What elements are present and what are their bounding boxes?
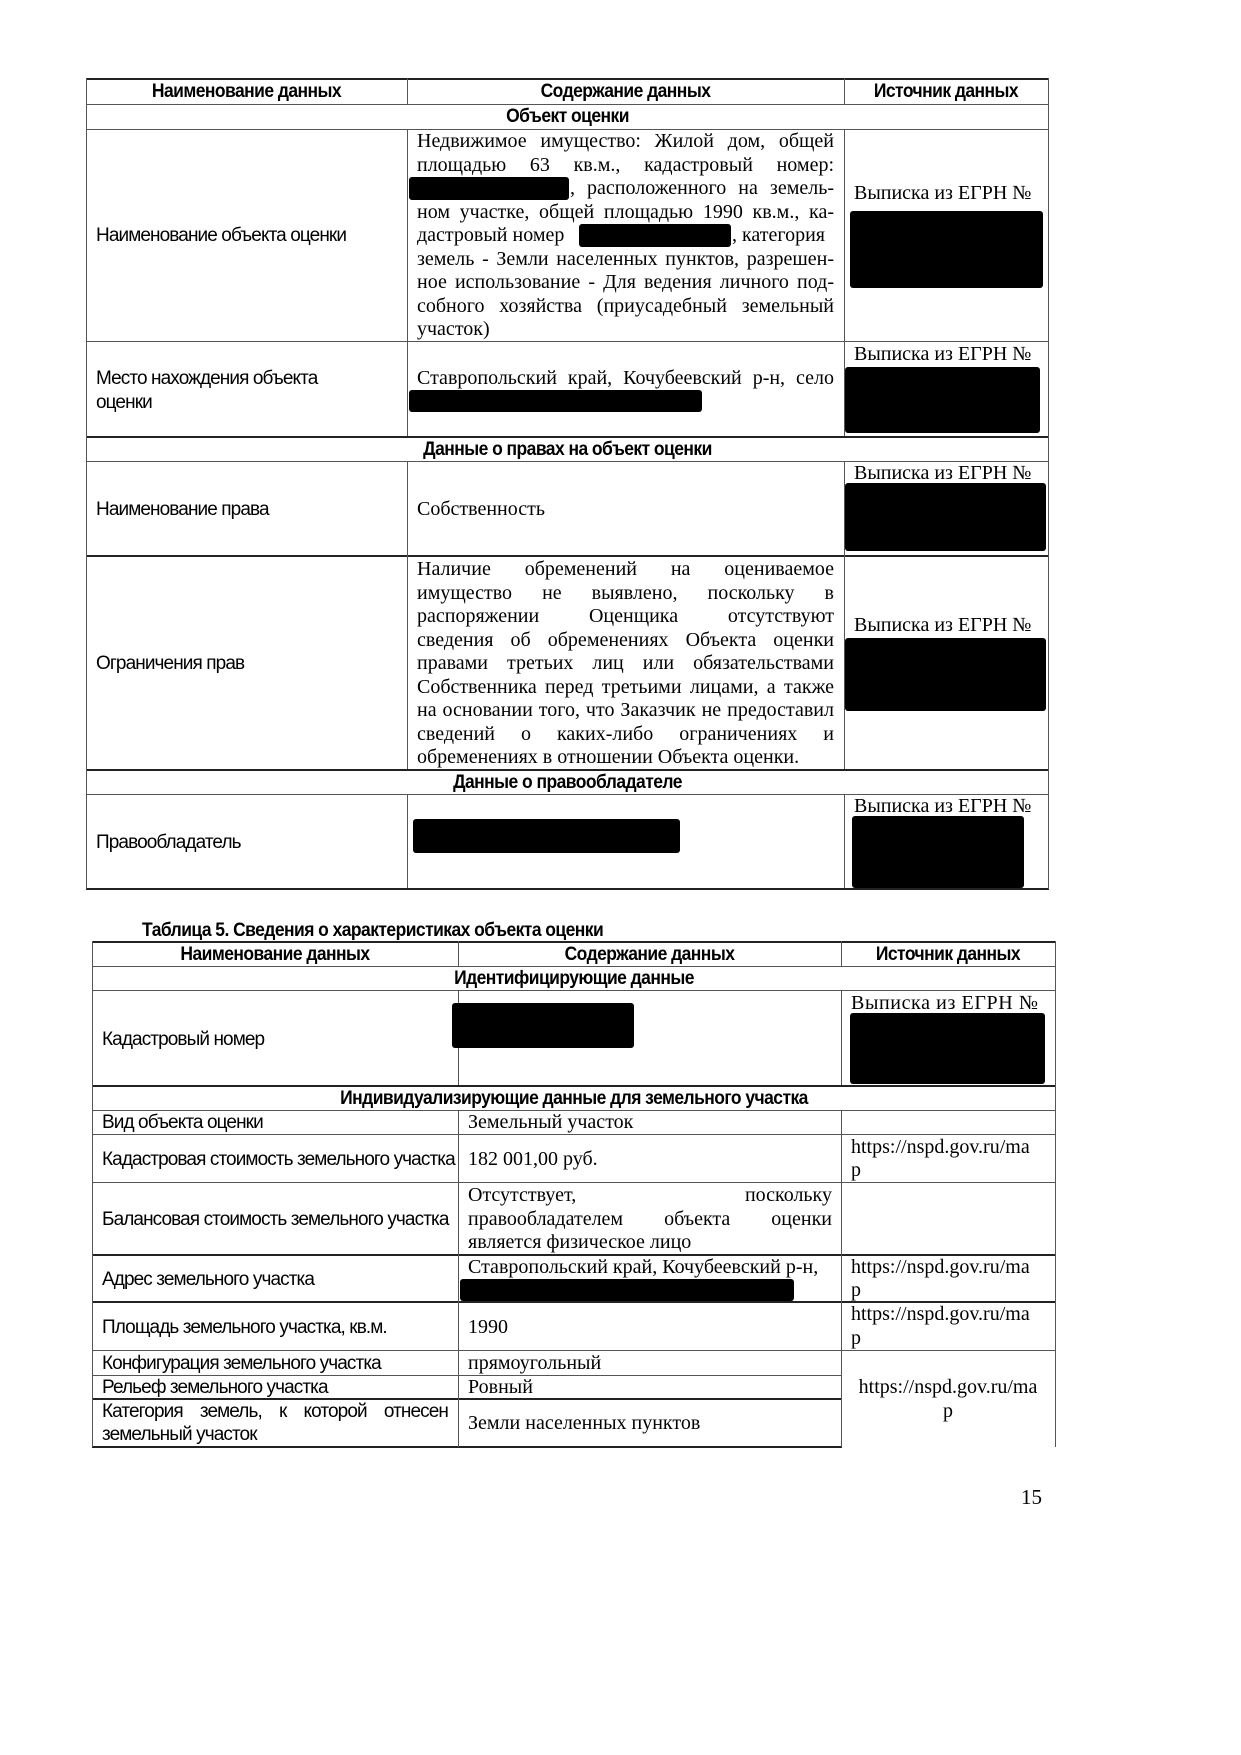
row-source-cadastral: Выписка из ЕГРН №: [851, 992, 1039, 1016]
redacted-egrn-number: [845, 638, 1046, 711]
table-caption: Таблица 5. Сведения о характеристиках об…: [142, 920, 639, 942]
section-title-identifying: Идентифицирующие данные: [131, 968, 1018, 990]
redacted-address: [460, 1279, 794, 1301]
source-link-cont[interactable]: p: [851, 1327, 861, 1351]
row-content-land-category: Земли населенных пунктов: [468, 1412, 700, 1436]
table-border: [844, 78, 845, 104]
table-border: [92, 1182, 1056, 1183]
table-border: [86, 78, 1049, 80]
column-header-content: Содержание данных: [424, 81, 826, 103]
section-title-rights: Данные о правах на объект оценки: [125, 439, 1011, 461]
table-border: [841, 941, 842, 966]
redacted-cadastral-number: [452, 1003, 634, 1048]
row-content-right: Собственность: [417, 498, 545, 522]
table-border: [458, 941, 459, 966]
column-header-name: Наименование данных: [107, 944, 444, 966]
row-name-restrictions: Ограничения прав: [96, 652, 244, 676]
row-source-holder: Выписка из ЕГРН №: [854, 795, 1031, 819]
column-header-source: Источник данных: [850, 944, 1047, 966]
redacted-land-cadastral-number: [579, 224, 731, 247]
table-border: [458, 1110, 459, 1447]
table-border: [1055, 941, 1056, 1447]
table-border: [92, 1350, 1056, 1351]
row-name-cadastral: Кадастровый номер: [102, 1028, 264, 1052]
row-source-right: Выписка из ЕГРН №: [854, 462, 1031, 486]
table-border: [86, 104, 1049, 105]
row-content-object-type: Земельный участок: [468, 1111, 633, 1135]
row-source-object: Выписка из ЕГРН №: [854, 182, 1031, 206]
table-border: [92, 941, 93, 1447]
table-border: [407, 794, 408, 888]
column-header-content: Содержание данных: [473, 944, 825, 966]
section-title-holder: Данные о правообладателе: [125, 772, 1011, 794]
row-content-balance-value: Отсутствует, поскольку: [468, 1184, 832, 1208]
table-border: [86, 436, 1049, 438]
row-content-area: 1990: [468, 1316, 508, 1340]
table-border: [1048, 78, 1049, 889]
table-border: [86, 555, 1049, 557]
table-border: [844, 794, 845, 888]
source-link[interactable]: https://nspd.gov.ru/ma: [841, 1376, 1055, 1400]
redacted-egrn-number: [850, 211, 1043, 288]
row-name-configuration: Конфигурация земельного участка: [102, 1352, 381, 1376]
row-content-cadastral-value: 182 001,00 руб.: [468, 1148, 598, 1172]
table-border: [841, 990, 842, 1085]
row-name-cadastral-value: Кадастровая стоимость земельного участка: [102, 1148, 455, 1172]
table-border: [92, 1085, 1056, 1087]
row-content-address: Ставропольский край, Кочубеевский р-н,: [468, 1256, 818, 1280]
table-border: [86, 78, 87, 889]
table-border: [86, 341, 1049, 342]
row-name-relief: Рельеф земельного участка: [102, 1376, 328, 1400]
redacted-holder-name: [413, 819, 680, 853]
row-name-right: Наименование права: [96, 498, 269, 522]
table-border: [92, 990, 1056, 991]
page-number: 15: [1021, 1486, 1042, 1510]
source-link[interactable]: https://nspd.gov.ru/ma: [851, 1256, 1030, 1280]
section-title-object: Объект оценки: [125, 106, 1011, 128]
row-name-land-category: Категория земель, к которой отнесен: [102, 1400, 448, 1424]
column-header-name: Наименование данных: [99, 81, 394, 103]
section-title-individualizing: Индивидуализирующие данные для земельног…: [131, 1088, 1018, 1110]
row-name-object: Наименование объекта оценки: [96, 224, 346, 248]
table-border: [92, 941, 1056, 943]
table-border: [407, 78, 408, 104]
redacted-egrn-number: [845, 483, 1046, 551]
row-name-location-line2: оценки: [96, 391, 152, 415]
row-source-restrictions: Выписка из ЕГРН №: [854, 614, 1031, 638]
source-link-cont[interactable]: p: [851, 1159, 861, 1183]
row-content-location: Ставропольский край, Кочубеевский р-н, с…: [417, 367, 834, 391]
table-border: [86, 888, 1049, 890]
column-header-source: Источник данных: [852, 81, 1040, 103]
redacted-egrn-number: [852, 816, 1024, 888]
source-link[interactable]: https://nspd.gov.ru/ma: [851, 1303, 1030, 1327]
row-name-object-type: Вид объекта оценки: [102, 1111, 263, 1135]
table-border: [407, 461, 408, 769]
redacted-egrn-number: [850, 1013, 1045, 1084]
row-name-holder: Правообладатель: [96, 831, 241, 855]
row-source-location: Выписка из ЕГРН №: [854, 343, 1031, 367]
table-border: [407, 129, 408, 436]
table-border: [92, 966, 1056, 967]
row-content-relief: Ровный: [468, 1376, 533, 1400]
row-content-configuration: прямоугольный: [468, 1352, 601, 1376]
redacted-village-name: [409, 390, 702, 412]
source-link-cont[interactable]: p: [841, 1400, 1055, 1424]
row-name-area: Площадь земельного участка, кв.м.: [102, 1316, 387, 1340]
redacted-egrn-number: [845, 367, 1040, 433]
row-name-address: Адрес земельного участка: [102, 1268, 314, 1292]
source-link[interactable]: https://nspd.gov.ru/ma: [851, 1136, 1030, 1160]
row-name-location: Место нахождения объекта: [96, 367, 317, 391]
source-link-cont[interactable]: p: [851, 1279, 861, 1303]
redacted-cadastral-number: [409, 177, 569, 200]
row-name-balance-value: Балансовая стоимость земельного участка: [102, 1208, 449, 1232]
